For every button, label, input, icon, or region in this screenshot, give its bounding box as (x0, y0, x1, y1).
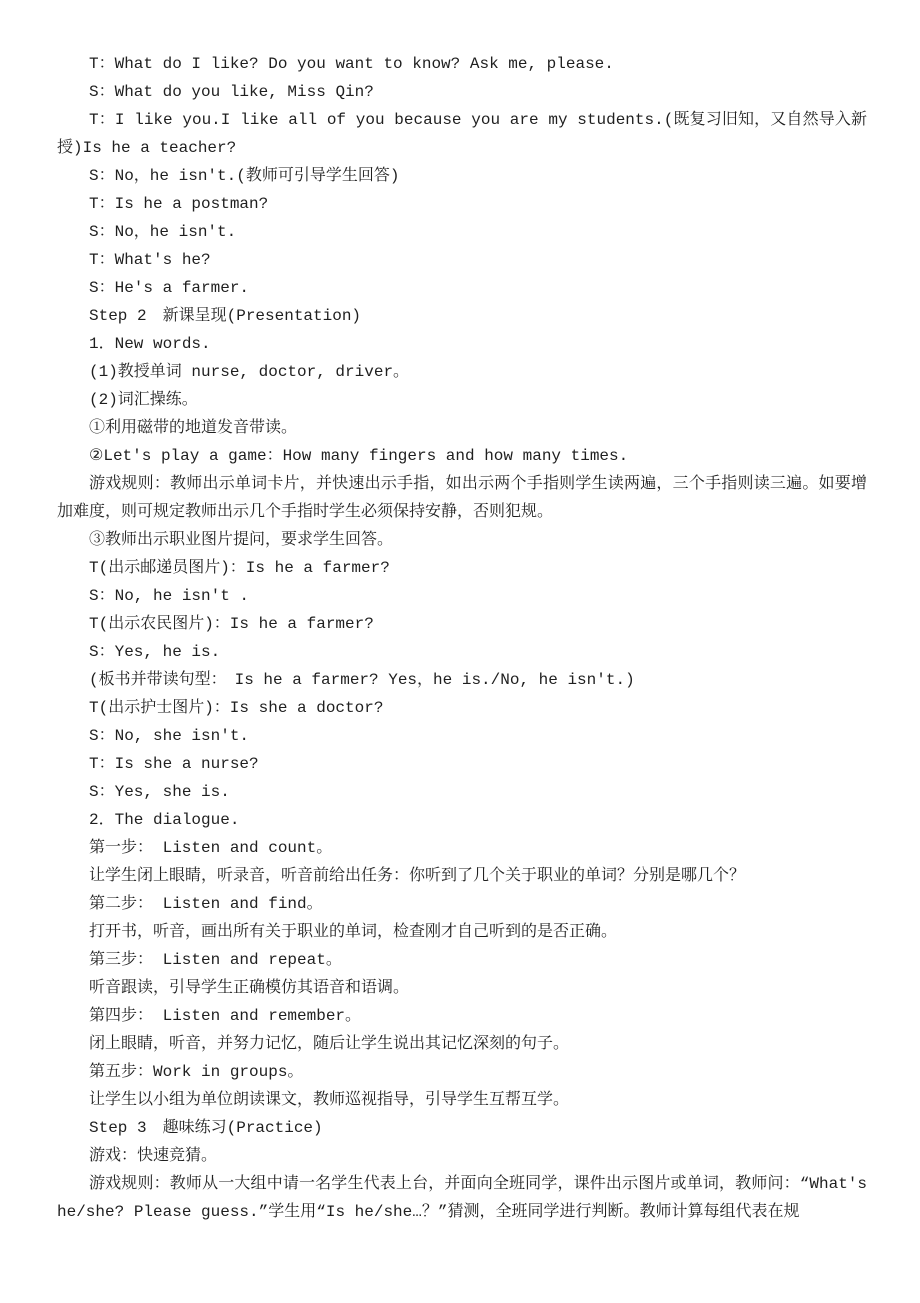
paragraph: 闭上眼睛，听音，并努力记忆，随后让学生说出其记忆深刻的句子。 (57, 1030, 867, 1058)
document-body: T：What do I like? Do you want to know? A… (0, 0, 920, 1226)
paragraph: 第一步： Listen and count。 (57, 834, 867, 862)
paragraph: 游戏规则：教师从一大组中请一名学生代表上台，并面向全班同学，课件出示图片或单词，… (57, 1170, 867, 1226)
paragraph: 听音跟读，引导学生正确模仿其语音和语调。 (57, 974, 867, 1002)
paragraph: (2)词汇操练。 (57, 386, 867, 414)
paragraph: 第二步： Listen and find。 (57, 890, 867, 918)
document-page: T：What do I like? Do you want to know? A… (0, 0, 920, 1303)
paragraph: 第五步：Work in groups。 (57, 1058, 867, 1086)
paragraph: T：Is she a nurse? (57, 750, 867, 778)
paragraph: S：Yes, he is. (57, 638, 867, 666)
paragraph: S：No, she isn't. (57, 722, 867, 750)
paragraph: S：No, he isn't . (57, 582, 867, 610)
paragraph: S：No，he isn't. (57, 218, 867, 246)
paragraph: Step 2 新课呈现(Presentation) (57, 302, 867, 330)
paragraph: 第四步： Listen and remember。 (57, 1002, 867, 1030)
paragraph: (板书并带读句型： Is he a farmer? Yes，he is./No,… (57, 666, 867, 694)
paragraph: ①利用磁带的地道发音带读。 (57, 414, 867, 442)
paragraph: T(出示邮递员图片)：Is he a farmer? (57, 554, 867, 582)
paragraph: S：No，he isn't.(教师可引导学生回答) (57, 162, 867, 190)
paragraph: ②Let's play a game：How many fingers and … (57, 442, 867, 470)
paragraph: T：What do I like? Do you want to know? A… (57, 50, 867, 78)
paragraph: T：I like you.I like all of you because y… (57, 106, 867, 162)
paragraph: 第三步： Listen and repeat。 (57, 946, 867, 974)
paragraph: T(出示农民图片)：Is he a farmer? (57, 610, 867, 638)
paragraph: 游戏规则：教师出示单词卡片，并快速出示手指，如出示两个手指则学生读两遍，三个手指… (57, 470, 867, 526)
paragraph: 2．The dialogue. (57, 806, 867, 834)
paragraph: 让学生闭上眼睛，听录音，听音前给出任务：你听到了几个关于职业的单词？分别是哪几个… (57, 862, 867, 890)
paragraph: 让学生以小组为单位朗读课文，教师巡视指导，引导学生互帮互学。 (57, 1086, 867, 1114)
paragraph: T(出示护士图片)：Is she a doctor? (57, 694, 867, 722)
paragraph: 打开书，听音，画出所有关于职业的单词，检查刚才自己听到的是否正确。 (57, 918, 867, 946)
paragraph: ③教师出示职业图片提问，要求学生回答。 (57, 526, 867, 554)
paragraph: Step 3 趣味练习(Practice) (57, 1114, 867, 1142)
paragraph: 1．New words. (57, 330, 867, 358)
paragraph: S：He's a farmer. (57, 274, 867, 302)
paragraph: 游戏：快速竞猜。 (57, 1142, 867, 1170)
paragraph: S：What do you like, Miss Qin? (57, 78, 867, 106)
paragraph: T：Is he a postman? (57, 190, 867, 218)
paragraph: (1)教授单词 nurse, doctor, driver。 (57, 358, 867, 386)
paragraph: S：Yes, she is. (57, 778, 867, 806)
paragraph: T：What's he? (57, 246, 867, 274)
